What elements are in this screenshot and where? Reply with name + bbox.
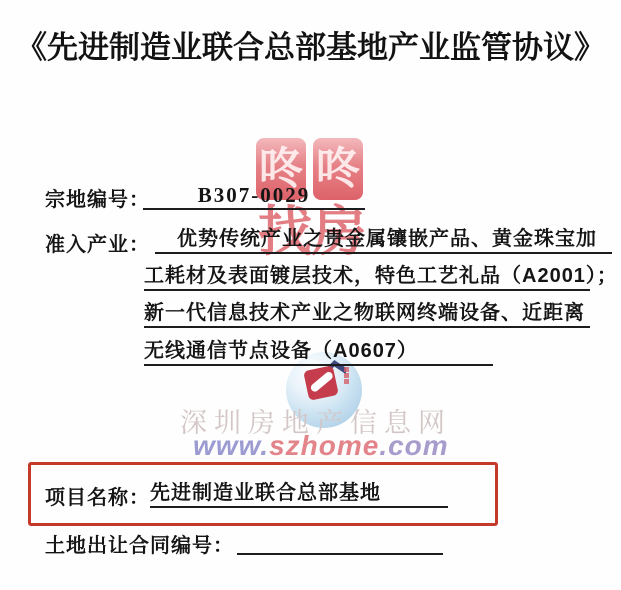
industry-line-2: 工耗材及表面镀层技术，特色工艺礼品（A2001）；	[144, 263, 590, 291]
industry-line-1: 优势传统产业之贵金属镶嵌产品、黄金珠宝加	[155, 226, 612, 254]
url-szhome: szhome	[269, 430, 379, 461]
land-contract-value	[237, 527, 443, 555]
industry-line-3: 新一代信息技术产业之物联网终端设备、近距离	[144, 300, 590, 328]
red-highlight-box	[28, 462, 498, 526]
logo-flag-shape	[303, 365, 339, 401]
industry-label: 准入产业：	[45, 228, 150, 257]
url-tld: .com	[379, 430, 448, 461]
parcel-number-label: 宗地编号：	[45, 183, 150, 212]
industry-line-4: 无线通信节点设备（A0607）	[144, 338, 493, 366]
site-url-watermark: www.szhome.com	[193, 430, 449, 462]
url-www: www.	[193, 430, 269, 461]
parcel-number-value: B307-0029	[143, 182, 365, 210]
document-title: 《先进制造业联合总部基地产业监管协议》	[0, 22, 621, 67]
document-page: 咚 咚 找 房 深圳房地产信息网 www.szhome.com 《先进制造业联合…	[0, 0, 621, 590]
land-contract-label: 土地出让合同编号：	[45, 529, 234, 558]
logo-mini-seal	[344, 366, 358, 386]
